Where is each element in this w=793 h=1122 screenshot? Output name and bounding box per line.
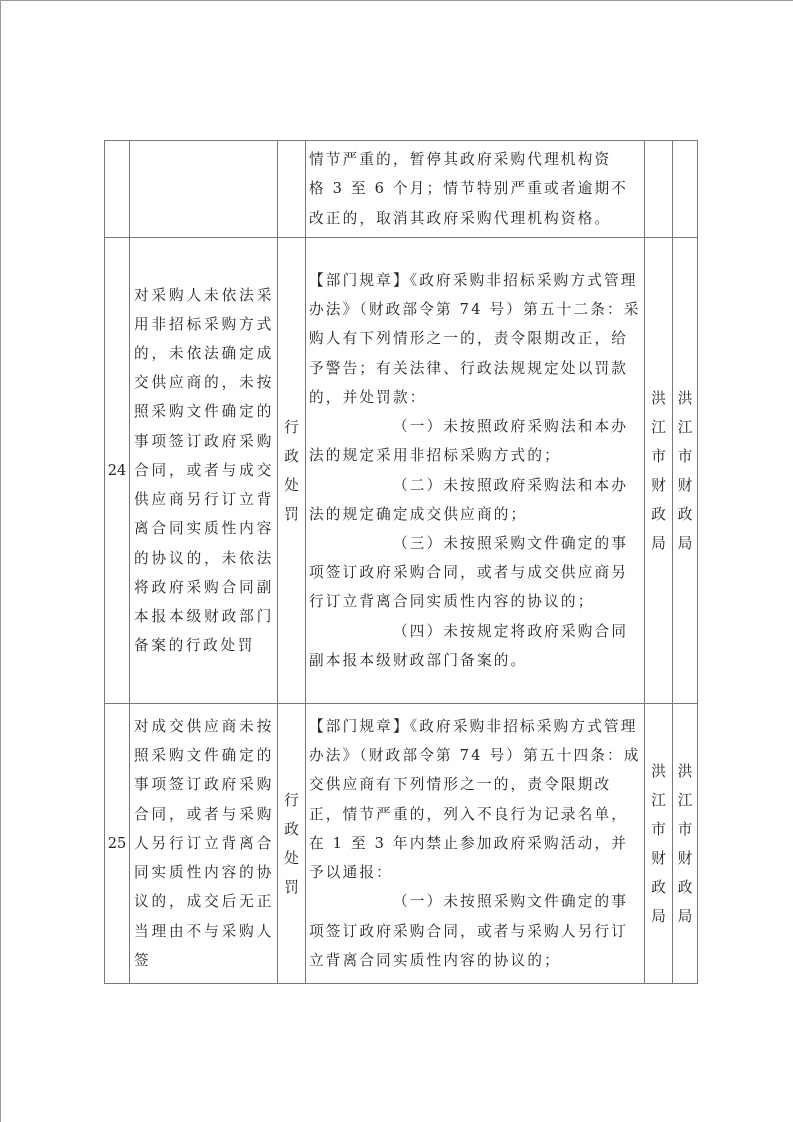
category bbox=[278, 141, 306, 238]
basis-intro: 【部门规章】《政府采购非招标采购方式管理办法》（财政部令第 74 号）第五十二条… bbox=[309, 266, 642, 412]
item-name: 对成交供应商未按照采购文件确定的事项签订政府采购合同，或者与采购人另行订立背离合… bbox=[130, 704, 278, 984]
executor bbox=[673, 141, 698, 238]
category: 行政处罚 bbox=[278, 704, 306, 984]
authority: 洪江市财政局 bbox=[645, 704, 673, 984]
page-edge bbox=[0, 0, 1, 1122]
basis-line: 情节严重的，暂停其政府采购代理机构资 bbox=[309, 145, 642, 174]
row-number: 25 bbox=[105, 704, 130, 984]
legal-basis: 【部门规章】《政府采购非招标采购方式管理办法》（财政部令第 74 号）第五十二条… bbox=[306, 238, 645, 704]
basis-line: 格 3 至 6 个月；情节特别严重或者逾期不 bbox=[309, 174, 642, 203]
basis-intro: 【部门规章】《政府采购非招标采购方式管理办法》（财政部令第 74 号）第五十四条… bbox=[309, 712, 642, 887]
authority: 洪江市财政局 bbox=[645, 238, 673, 704]
table-row: 情节严重的，暂停其政府采购代理机构资 格 3 至 6 个月；情节特别严重或者逾期… bbox=[105, 141, 698, 238]
table-row: 24 对采购人未依法采用非招标采购方式的，未依法确定成交供应商的，未按照采购文件… bbox=[105, 238, 698, 704]
basis-item: （二）未按照政府采购法和本办法的规定确定成交供应商的； bbox=[309, 471, 642, 529]
item-name bbox=[130, 141, 278, 238]
basis-item: （四）未按规定将政府采购合同副本报本级财政部门备案的。 bbox=[309, 617, 642, 675]
executor: 洪江市财政局 bbox=[673, 238, 698, 704]
item-name: 对采购人未依法采用非招标采购方式的，未依法确定成交供应商的，未按照采购文件确定的… bbox=[130, 238, 278, 704]
category: 行 政 处 罚 bbox=[278, 238, 306, 704]
executor: 洪江市财政局 bbox=[673, 704, 698, 984]
legal-basis: 【部门规章】《政府采购非招标采购方式管理办法》（财政部令第 74 号）第五十四条… bbox=[306, 704, 645, 984]
basis-item: （一）未按照政府采购法和本办法的规定采用非招标采购方式的； bbox=[309, 412, 642, 470]
authority bbox=[645, 141, 673, 238]
basis-item: （三）未按照采购文件确定的事项签订政府采购合同，或者与成交供应商另行订立背离合同… bbox=[309, 529, 642, 617]
row-number: 24 bbox=[105, 238, 130, 704]
basis-item: （一）未按照采购文件确定的事项签订政府采购合同，或者与采购人另行订立背离合同实质… bbox=[309, 887, 642, 975]
legal-basis: 情节严重的，暂停其政府采购代理机构资 格 3 至 6 个月；情节特别严重或者逾期… bbox=[306, 141, 645, 238]
penalty-table: 情节严重的，暂停其政府采购代理机构资 格 3 至 6 个月；情节特别严重或者逾期… bbox=[104, 140, 698, 984]
table-row: 25 对成交供应商未按照采购文件确定的事项签订政府采购合同，或者与采购人另行订立… bbox=[105, 704, 698, 984]
basis-line: 改正的，取消其政府采购代理机构资格。 bbox=[309, 204, 642, 233]
page-edge bbox=[0, 0, 793, 1]
row-number bbox=[105, 141, 130, 238]
